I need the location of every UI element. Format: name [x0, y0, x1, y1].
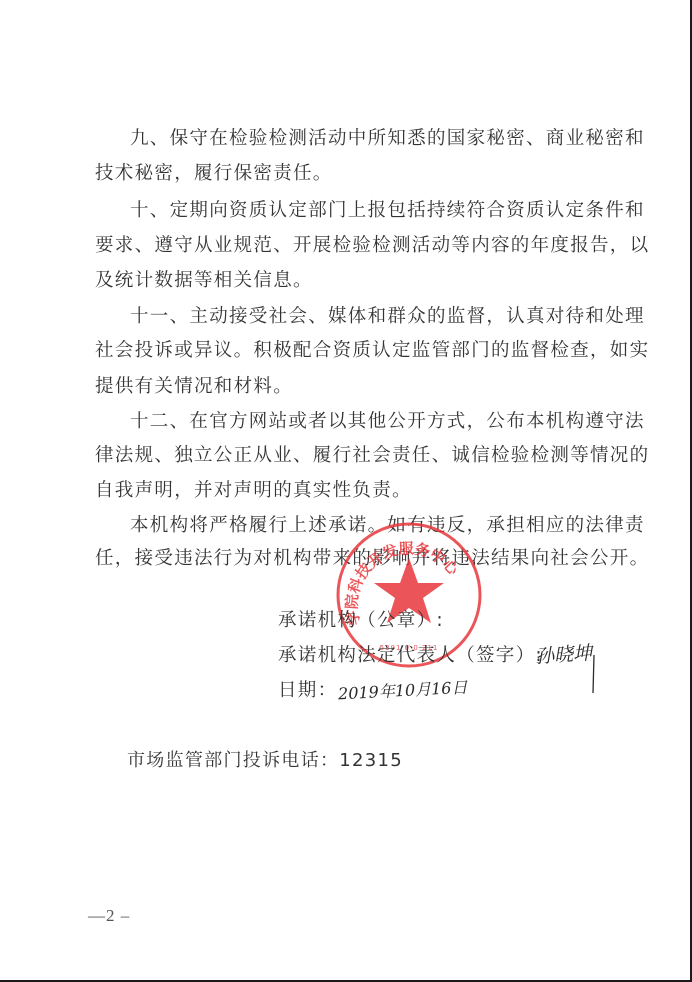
complaint-hotline: 市场监管部门投诉电话：12315 [127, 750, 403, 772]
date-value-handwritten: 2019年10月16日 [337, 675, 467, 705]
clause-12-line-3: 自我声明，并对声明的真实性负责。 [95, 480, 412, 502]
clause-9-line-2: 技术秘密，履行保密责任。 [95, 163, 333, 185]
legal-rep-label: 承诺机构法定代表人（签字）: [278, 645, 543, 667]
clause-10-line-2: 要求、遵守从业规范、开展检验检测活动等内容的年度报告，以 [95, 235, 649, 257]
clause-12-line-1: 十二、在官方网站或者以其他公开方式，公布本机构遵守法 [130, 411, 645, 433]
signature-stroke [590, 655, 598, 695]
clause-11-line-3: 提供有关情况和材料。 [95, 376, 293, 398]
clause-12-line-2: 律法规、独立公正从业、履行社会责任、诚信检验检测等情况的 [95, 445, 649, 467]
clause-10-line-1: 十、定期向资质认定部门上报包括持续符合资质认定条件和 [130, 200, 645, 222]
legal-rep-signature: 孙晓坤 [534, 638, 593, 669]
date-label: 日期： [278, 680, 337, 702]
clause-9-line-1: 九、保守在检验检测活动中所知悉的国家秘密、商业秘密和 [130, 128, 645, 150]
clause-11-line-1: 十一、主动接受社会、媒体和群众的监督，认真对待和处理 [130, 306, 645, 328]
clause-11-line-2: 社会投诉或异议。积极配合资质认定监管部门的监督检查，如实 [95, 340, 649, 362]
clause-10-line-3: 及统计数据等相关信息。 [95, 270, 313, 292]
document-page: 九、保守在检验检测活动中所知悉的国家秘密、商业秘密和 技术秘密，履行保密责任。 … [0, 0, 692, 982]
page-number: —2 – [88, 906, 130, 926]
org-seal-label: 承诺机构（公章）: [278, 610, 444, 632]
